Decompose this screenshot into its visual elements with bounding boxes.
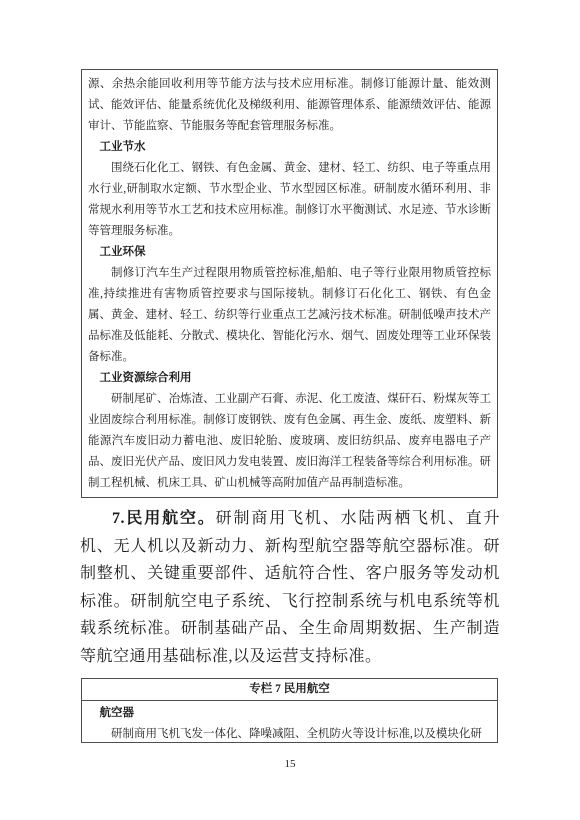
box-paragraph-energy-continued: 源、余热余能回收利用等节能方法与技术应用标准。制修订能源计量、能效测试、能效评估… — [88, 74, 491, 137]
box-paragraph-water-saving: 围绕石化化工、钢铁、有色金属、黄金、建材、轻工、纺织、电子等重点用水行业,研制取… — [88, 158, 491, 242]
page-number: 15 — [0, 758, 580, 770]
box-heading-industrial-environmental-protection: 工业环保 — [88, 242, 491, 263]
section-7-body: 研制商用飞机、水陆两栖飞机、直升机、无人机以及新动力、新构型航空器等航空器标准。… — [80, 510, 500, 665]
box-paragraph-environmental-protection: 制修订汽车生产过程限用物质管控标准,船舶、电子等行业限用物质管控标准,持续推进有… — [88, 263, 491, 368]
column-box-7-content: 航空器 研制商用飞机飞发一体化、降噪减阻、全机防火等设计标准,以及模块化研 — [82, 701, 497, 743]
document-page: 源、余热余能回收利用等节能方法与技术应用标准。制修订能源计量、能效测试、能效评估… — [0, 0, 580, 820]
column-box-7-title: 专栏 7 民用航空 — [82, 679, 497, 701]
column-box-7-civil-aviation: 专栏 7 民用航空 航空器 研制商用飞机飞发一体化、降噪减阻、全机防火等设计标准… — [81, 678, 498, 743]
box-heading-aircraft: 航空器 — [88, 701, 491, 724]
box-heading-resource-utilization: 工业资源综合利用 — [88, 368, 491, 389]
box-paragraph-aircraft-truncated: 研制商用飞机飞发一体化、降噪减阻、全机防火等设计标准,以及模块化研 — [88, 724, 491, 743]
box-heading-industrial-water-saving: 工业节水 — [88, 137, 491, 158]
section-7-lead: 7.民用航空。 — [112, 510, 216, 527]
box-paragraph-resource-utilization: 研制尾矿、冶炼渣、工业副产石膏、赤泥、化工废渣、煤矸石、粉煤灰等工业固废综合利用… — [88, 389, 491, 494]
section-7-civil-aviation-paragraph: 7.民用航空。研制商用飞机、水陆两栖飞机、直升机、无人机以及新动力、新构型航空器… — [80, 505, 500, 670]
column-box-continued: 源、余热余能回收利用等节能方法与技术应用标准。制修订能源计量、能效测试、能效评估… — [81, 69, 498, 498]
